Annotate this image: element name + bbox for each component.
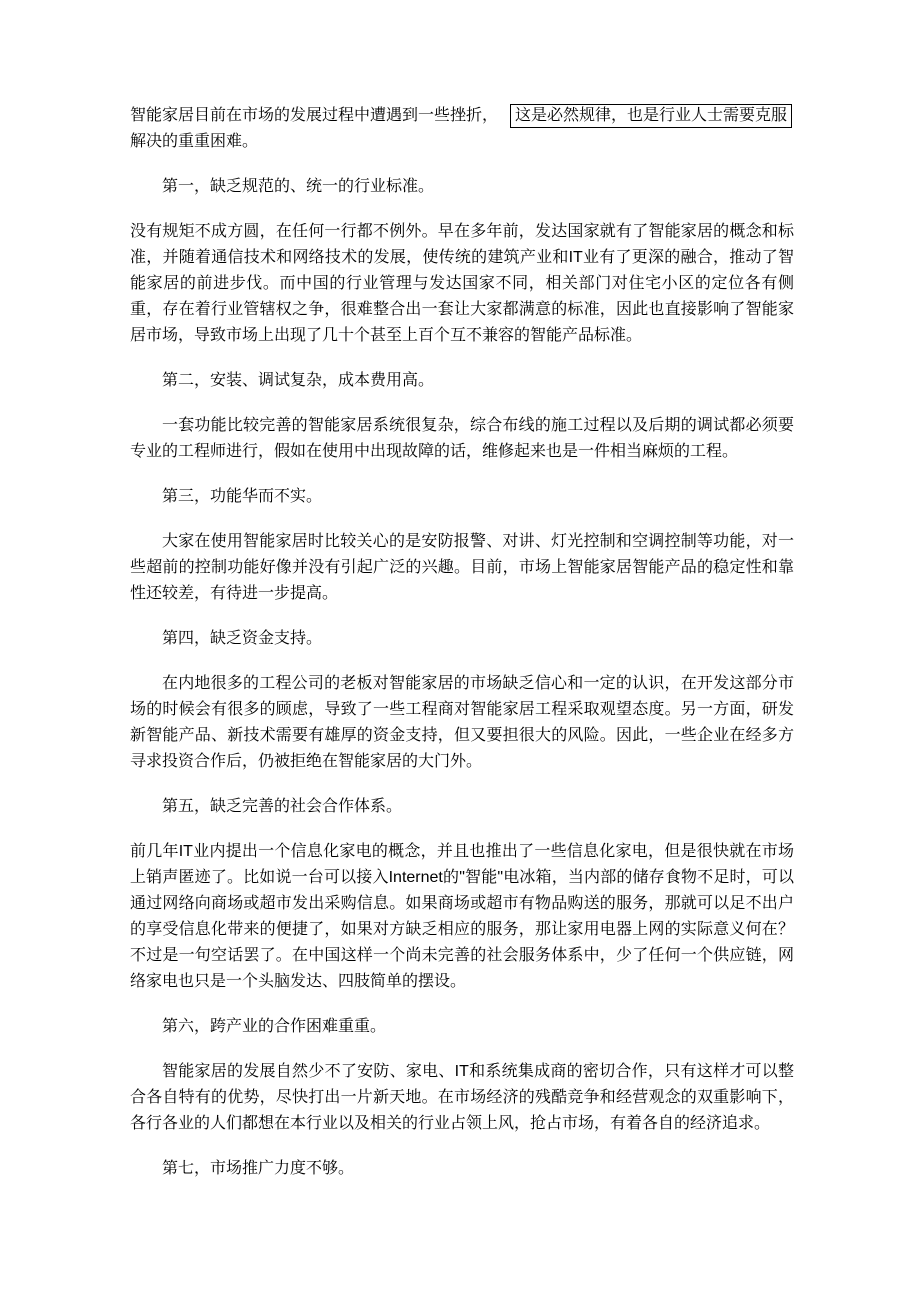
document-viewer: { "page": { "background_color": "#ffffff… xyxy=(0,0,920,1303)
section-2-heading: 第二，安装、调试复杂，成本费用高。 xyxy=(130,368,794,394)
intro-line-1: 智能家居目前在市场的发展过程中遭遇到一些挫折，这是必然规律，也是行业人士需要克服 xyxy=(130,103,794,129)
section-5-body: 前几年IT业内提出一个信息化家电的概念，并且也推出了一些信息化家电，但是很快就在… xyxy=(130,839,794,995)
intro-paragraph: 智能家居目前在市场的发展过程中遭遇到一些挫折，这是必然规律，也是行业人士需要克服… xyxy=(130,103,794,155)
section-2-body: 一套功能比较完善的智能家居系统很复杂，综合布线的施工过程以及后期的调试都必须要专… xyxy=(130,413,794,465)
section-6-heading: 第六，跨产业的合作困难重重。 xyxy=(130,1014,794,1040)
section-6-body: 智能家居的发展自然少不了安防、家电、IT和系统集成商的密切合作，只有这样才可以整… xyxy=(130,1059,794,1137)
section-1-body: 没有规矩不成方圆，在任何一行都不例外。早在多年前，发达国家就有了智能家居的概念和… xyxy=(130,219,794,349)
section-4-body: 在内地很多的工程公司的老板对智能家居的市场缺乏信心和一定的认识，在开发这部分市场… xyxy=(130,671,794,775)
intro-text-after-box: 解决的重重困难。 xyxy=(130,133,258,150)
document-content: 智能家居目前在市场的发展过程中遭遇到一些挫折，这是必然规律，也是行业人士需要克服… xyxy=(130,103,794,1201)
section-3-heading: 第三，功能华而不实。 xyxy=(130,484,794,510)
document-page: 智能家居目前在市场的发展过程中遭遇到一些挫折，这是必然规律，也是行业人士需要克服… xyxy=(0,0,920,1303)
section-3-body: 大家在使用智能家居时比较关心的是安防报警、对讲、灯光控制和空调控制等功能，对一些… xyxy=(130,529,794,607)
section-1-heading: 第一，缺乏规范的、统一的行业标准。 xyxy=(130,174,794,200)
boxed-callout: 这是必然规律，也是行业人士需要克服 xyxy=(510,104,792,128)
section-4-heading: 第四，缺乏资金支持。 xyxy=(130,626,794,652)
section-5-heading: 第五，缺乏完善的社会合作体系。 xyxy=(130,794,794,820)
intro-text-before-box: 智能家居目前在市场的发展过程中遭遇到一些挫折， xyxy=(130,107,498,124)
section-7-heading: 第七，市场推广力度不够。 xyxy=(130,1156,794,1182)
intro-line-2: 解决的重重困难。 xyxy=(130,129,794,155)
